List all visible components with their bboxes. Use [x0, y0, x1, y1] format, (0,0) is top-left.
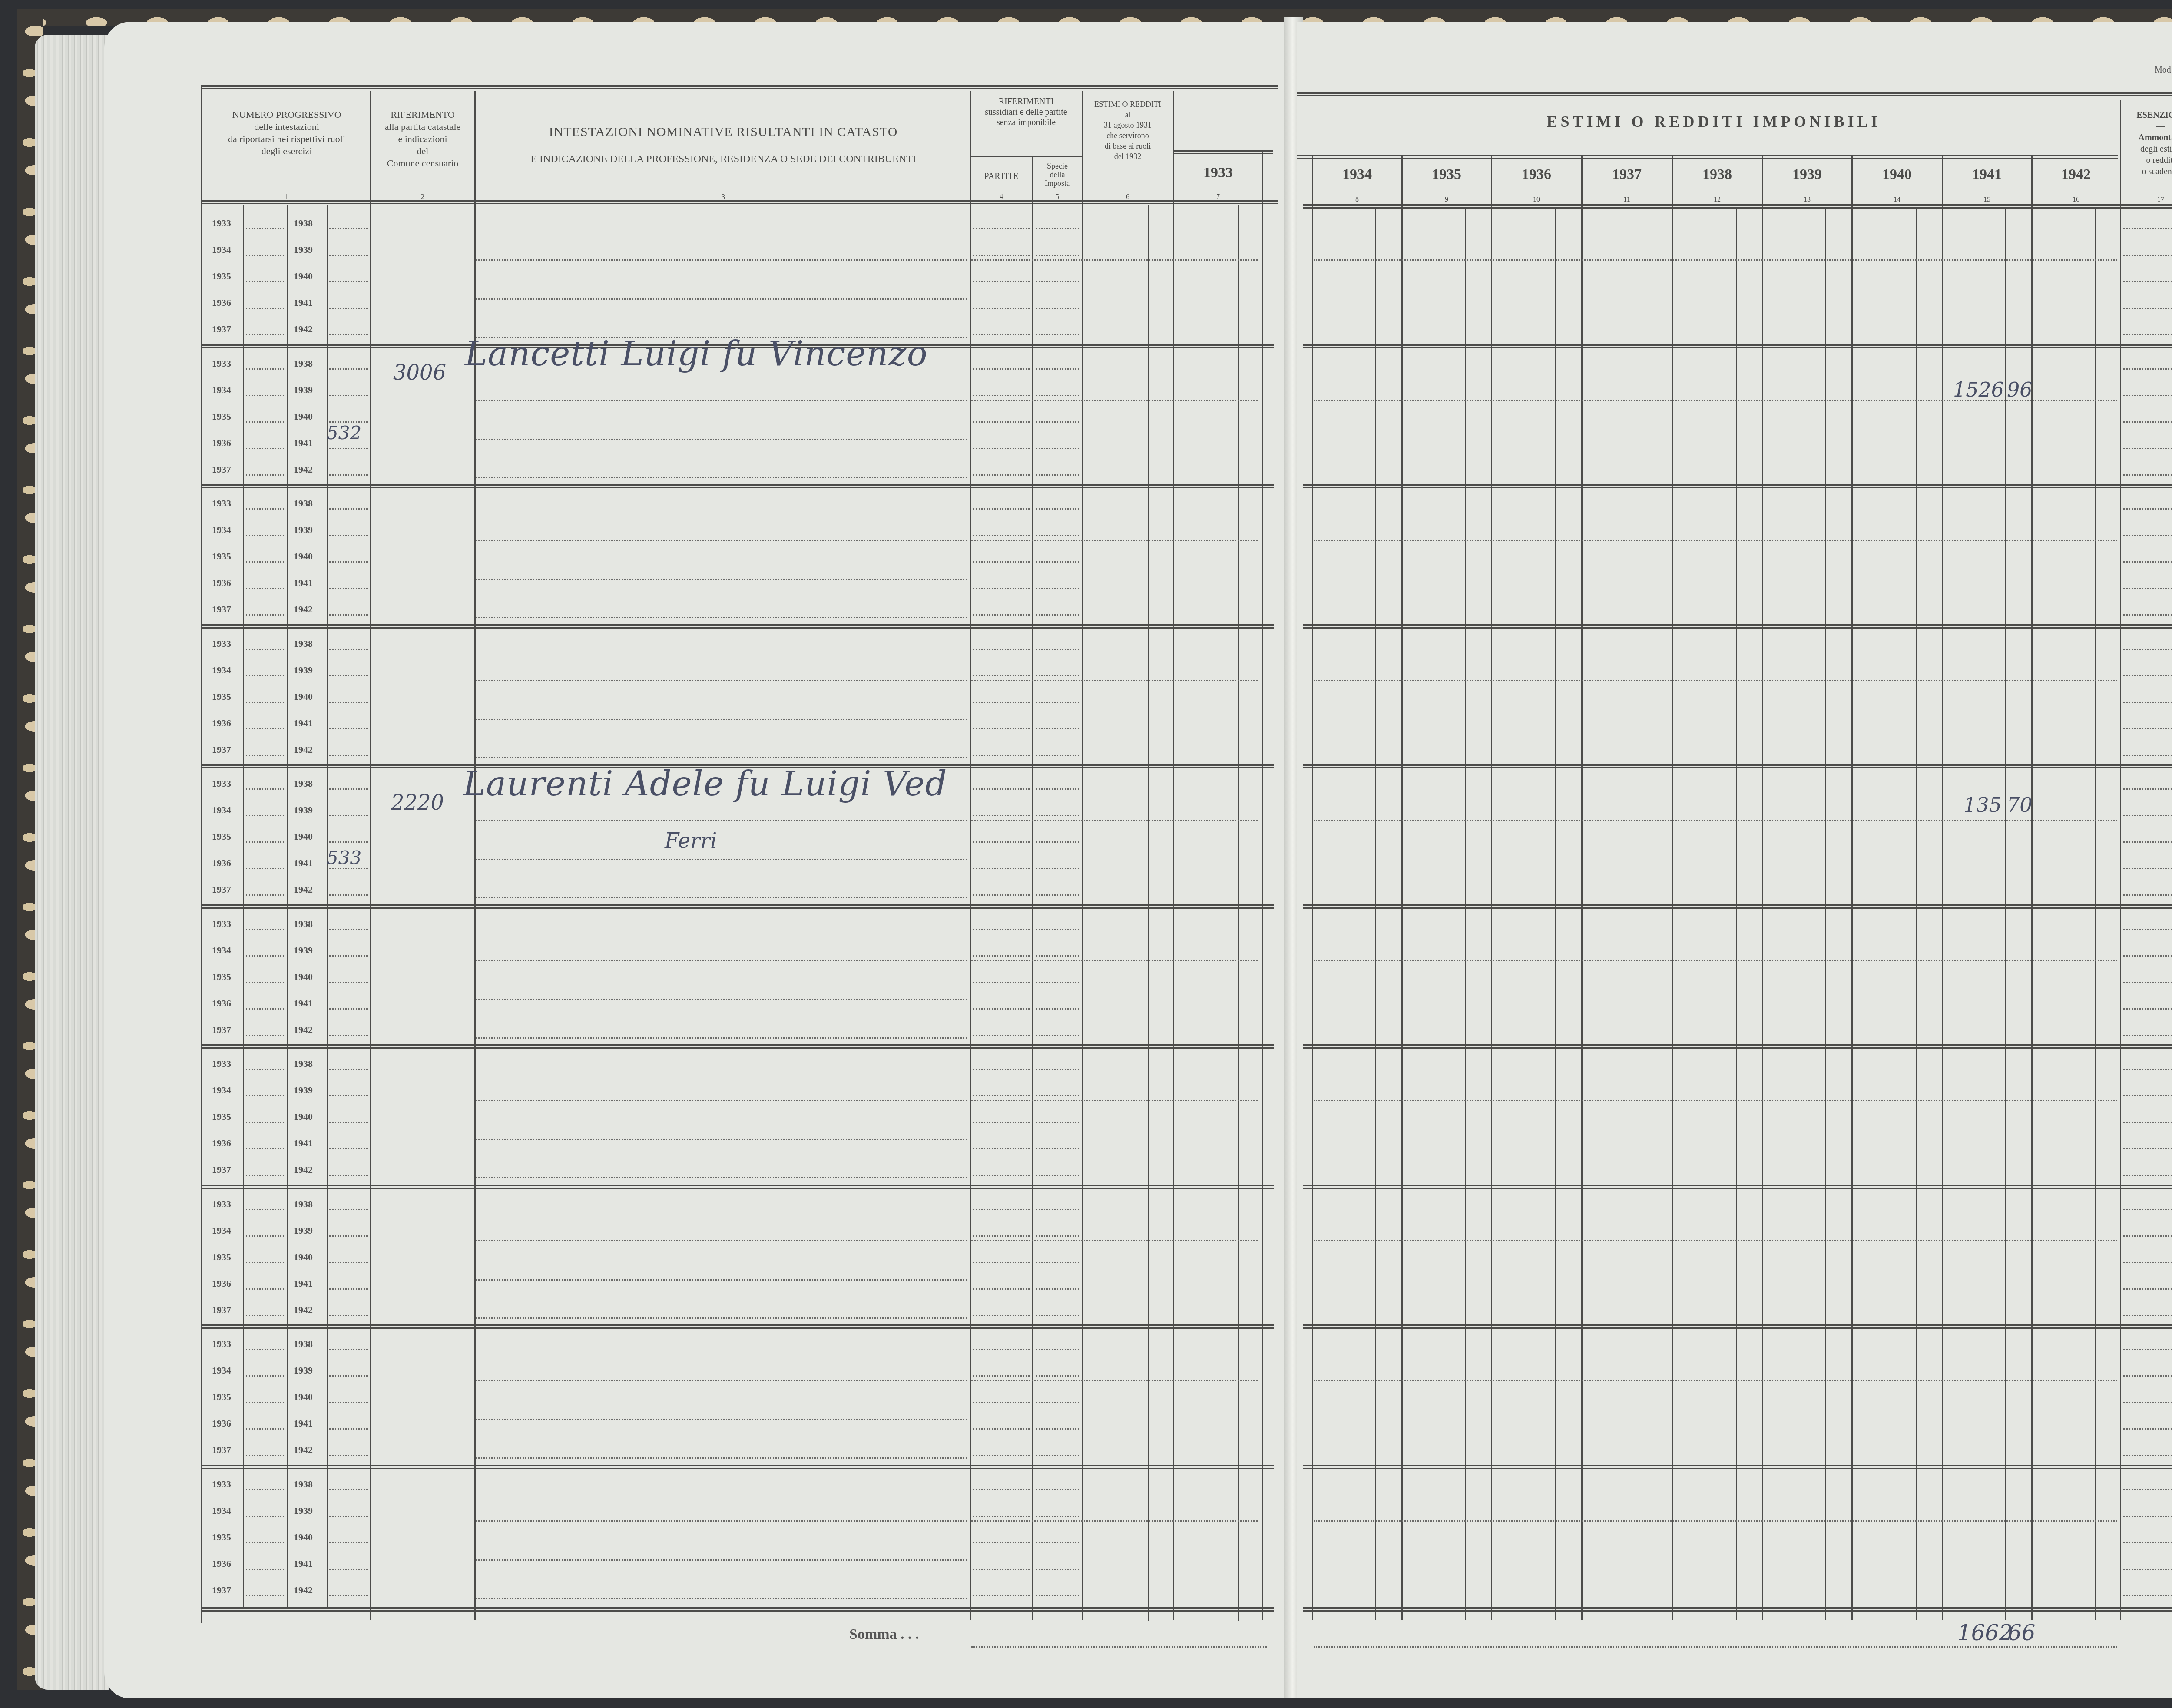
col-divider: [1032, 156, 1033, 1620]
entry-dotline: [971, 1520, 1258, 1522]
entry-dotline: [329, 955, 368, 957]
entry-dotline: [1036, 1315, 1079, 1316]
entry-dotline: [973, 1235, 1030, 1237]
year-label-left: 1934: [212, 524, 231, 536]
year-label-right: 1940: [294, 1391, 313, 1403]
entry-dotline: [973, 894, 1030, 896]
entry-dotline: [1036, 1516, 1079, 1517]
entry-dotline: [246, 448, 284, 449]
year-label-left: 1935: [212, 551, 231, 562]
entry-dotline: [476, 960, 967, 961]
entry-dotline: [476, 439, 967, 440]
esenzioni-header: ESENZIONI — Ammontare degli estimi o red…: [2122, 109, 2172, 177]
entry-dotline: [329, 228, 368, 229]
entry-dotline: [329, 308, 368, 309]
year-label-right: 1942: [294, 744, 313, 755]
year-label-right: 1939: [294, 1085, 313, 1096]
entry-dotline: [2123, 308, 2172, 309]
entry-dotline: [1036, 421, 1079, 423]
entry-dotline: [2123, 1569, 2172, 1570]
year-label-right: 1940: [294, 1251, 313, 1263]
year-col-divider: [1491, 156, 1492, 1620]
entry-dotline: [2123, 535, 2172, 536]
entry-dotline: [329, 508, 368, 510]
entry-dotline: [1036, 1069, 1079, 1070]
entry-dotline: [973, 815, 1030, 816]
entry-dotline: [246, 395, 284, 396]
entry-dotline: [329, 1428, 368, 1430]
year-label-left: 1936: [212, 437, 231, 449]
entry-dotline: [329, 1035, 368, 1036]
entry-dotline: [1036, 1569, 1079, 1570]
entry-dotline: [971, 680, 1258, 681]
entry-dotline: [2123, 815, 2172, 816]
entry-dotline: [2123, 728, 2172, 729]
year-label-right: 1942: [294, 1304, 313, 1316]
year-header-1941: 1941: [1943, 169, 2031, 181]
col7-header-1933: 1933: [1175, 167, 1261, 179]
col-number: 6: [1083, 191, 1172, 203]
progressive-number: 533: [327, 847, 361, 868]
block-separator: [1303, 1185, 2172, 1189]
block-separator: [1303, 344, 2172, 348]
entry-dotline: [476, 1100, 967, 1101]
entry-dotline: [973, 982, 1030, 983]
col3-header-line2: E INDICAZIONE DELLA PROFESSIONE, RESIDEN…: [478, 153, 969, 165]
entry-dotline: [476, 1139, 967, 1140]
entry-dotline: [476, 757, 967, 758]
year-label-left: 1936: [212, 857, 231, 869]
cent-divider: [1916, 209, 1917, 1620]
year-label-left: 1937: [212, 884, 231, 895]
block-separator: [201, 624, 1274, 629]
entry-dotline: [2123, 1402, 2172, 1403]
year-label-right: 1941: [294, 1558, 313, 1569]
entry-dotline: [2123, 561, 2172, 563]
entry-dotline: [1036, 255, 1079, 256]
esenzioni-divider: [2120, 100, 2121, 1620]
entry-dotline: [329, 815, 368, 816]
entry-dotline: [973, 1095, 1030, 1096]
year-label-right: 1939: [294, 384, 313, 396]
entry-dotline: [476, 298, 967, 300]
year-label-right: 1938: [294, 1338, 313, 1350]
progressive-number: 532: [327, 422, 361, 444]
entry-dotline: [2123, 508, 2172, 510]
entry-dotline: [329, 1489, 368, 1490]
col-number: 1: [204, 191, 369, 203]
col-divider: [474, 91, 476, 1620]
year-label-right: 1942: [294, 464, 313, 475]
entry-dotline: [2123, 1315, 2172, 1316]
entry-dotline: [1036, 334, 1079, 335]
col-number: 14: [1852, 194, 1942, 206]
year-label-right: 1940: [294, 1532, 313, 1543]
year-label-left: 1936: [212, 1138, 231, 1149]
entry-dotline: [2123, 982, 2172, 983]
entry-dotline: [973, 421, 1030, 423]
year-label-left: 1936: [212, 297, 231, 308]
entry-dotline: [329, 281, 368, 282]
year-label-left: 1933: [212, 778, 231, 789]
entry-dotline: [2123, 1349, 2172, 1350]
entry-dotline: [1036, 1402, 1079, 1403]
year-label-left: 1935: [212, 271, 231, 282]
sum-top-rule: [201, 1607, 1274, 1612]
entry-dotline: [476, 999, 967, 1000]
entry-dotline: [2123, 894, 2172, 896]
col-divider: [1082, 91, 1083, 1620]
cent-divider: [1646, 209, 1646, 1620]
entry-dotline: [973, 675, 1030, 676]
entry-dotline: [329, 588, 368, 589]
entry-dotline: [246, 982, 284, 983]
year-label-right: 1942: [294, 1585, 313, 1596]
entry-dotline: [973, 535, 1030, 536]
entry-dotline: [2123, 1235, 2172, 1237]
entry-dotline: [2123, 1095, 2172, 1096]
col2-header: RIFERIMENTO alla partita catastale e ind…: [372, 109, 473, 169]
year-label-left: 1934: [212, 244, 231, 255]
cent-divider: [2095, 209, 2096, 1620]
entry-dotline: [973, 334, 1030, 335]
sum-1941-lire: 1662: [1957, 1620, 2013, 1645]
year-label-left: 1934: [212, 1365, 231, 1376]
entry-dotline: [246, 755, 284, 756]
header-top-rule: [201, 85, 1278, 89]
entry-dotline: [1036, 614, 1079, 616]
cadastral-ref: 2220: [391, 791, 444, 815]
entry-dotline: [246, 1402, 284, 1403]
entry-dotline: [973, 508, 1030, 510]
entry-dotline: [2123, 281, 2172, 282]
entry-dotline: [329, 334, 368, 335]
year-label-left: 1935: [212, 1251, 231, 1263]
year-label-left: 1935: [212, 1111, 231, 1122]
entry-dotline: [246, 702, 284, 703]
entry-dotline: [973, 1008, 1030, 1010]
entry-dotline: [2123, 649, 2172, 650]
subheader-rule: [1173, 150, 1273, 154]
entry-dotline: [329, 1402, 368, 1403]
entry-dotline: [973, 1175, 1030, 1176]
year-col-divider: [1672, 156, 1673, 1620]
entry-dotline: [973, 1428, 1030, 1430]
entry-dotline: [476, 1317, 967, 1319]
entry-dotline: [1036, 649, 1079, 650]
year-label-left: 1933: [212, 218, 231, 229]
year-label-right: 1938: [294, 638, 313, 649]
year-label-left: 1935: [212, 411, 231, 422]
entry-dotline: [973, 728, 1030, 729]
entry-dotline: [1036, 1288, 1079, 1290]
entry-dotline: [1036, 929, 1079, 930]
year-label-right: 1942: [294, 604, 313, 615]
year-label-right: 1941: [294, 1278, 313, 1289]
year-label-right: 1939: [294, 945, 313, 956]
entry-dotline: [476, 1598, 967, 1599]
entry-dotline: [1036, 1489, 1079, 1490]
entry-dotline: [973, 1349, 1030, 1350]
entry-dotline: [1314, 1240, 2117, 1241]
sum-1941-cent: 66: [2008, 1620, 2036, 1645]
entry-dotline: [329, 448, 368, 449]
entry-dotline: [2123, 1288, 2172, 1290]
entry-dotline: [329, 649, 368, 650]
entry-dotline: [973, 561, 1030, 563]
entry-dotline: [246, 1349, 284, 1350]
block-separator: [1303, 904, 2172, 909]
year-label-left: 1935: [212, 1532, 231, 1543]
sum-dotline: [1314, 1646, 2117, 1648]
col-number: 5: [1034, 191, 1081, 203]
entry-dotline: [246, 1175, 284, 1176]
entry-dotline: [2123, 1455, 2172, 1456]
entry-dotline: [971, 259, 1258, 261]
entry-dotline: [476, 400, 967, 401]
entry-dotline: [246, 649, 284, 650]
entry-dotline: [1314, 259, 2117, 261]
year-label-right: 1942: [294, 324, 313, 335]
estimi-title: ESTIMI O REDDITI IMPONIBILI: [1312, 116, 2116, 128]
year-label-right: 1941: [294, 718, 313, 729]
entry-dotline: [329, 1095, 368, 1096]
block-separator: [1303, 1465, 2172, 1469]
entry-dotline: [476, 1520, 967, 1522]
col-number: 10: [1492, 194, 1581, 206]
entry-dotline: [2123, 788, 2172, 790]
entry-dotline: [973, 1148, 1030, 1149]
entry-dotline: [329, 1069, 368, 1070]
entry-dotline: [973, 702, 1030, 703]
block-separator: [1303, 764, 2172, 768]
entry-dotline: [246, 1262, 284, 1263]
entry-dotline: [246, 588, 284, 589]
entry-dotline: [2123, 1209, 2172, 1210]
entry-dotline: [1036, 1235, 1079, 1237]
year-header-1937: 1937: [1582, 169, 1672, 181]
entry-dotline: [329, 1455, 368, 1456]
col5-header: Specie della Imposta: [1034, 162, 1081, 188]
entry-dotline: [1036, 755, 1079, 756]
entry-dotline: [246, 1035, 284, 1036]
year-label-right: 1940: [294, 691, 313, 702]
year-label-right: 1939: [294, 1505, 313, 1516]
entry-dotline: [246, 228, 284, 229]
entry-dotline: [973, 868, 1030, 869]
entry-dotline: [1036, 1595, 1079, 1596]
entry-dotline: [246, 255, 284, 256]
entry-dotline: [1036, 982, 1079, 983]
entry-dotline: [246, 1008, 284, 1010]
entry-dotline: [1036, 448, 1079, 449]
entry-dotline: [246, 1375, 284, 1377]
entry-dotline: [1036, 868, 1079, 869]
entry-dotline: [2123, 868, 2172, 869]
entry-dotline: [971, 960, 1258, 961]
entry-dotline: [973, 788, 1030, 790]
entry-dotline: [973, 281, 1030, 282]
year-label-left: 1937: [212, 1304, 231, 1316]
entry-dotline: [329, 702, 368, 703]
entry-dotline: [329, 474, 368, 476]
entry-dotline: [476, 477, 967, 478]
year-label-right: 1938: [294, 1198, 313, 1210]
entry-dotline: [973, 614, 1030, 616]
entry-dotline: [1036, 1349, 1079, 1350]
entry-dotline: [1314, 1380, 2117, 1381]
entry-dotline: [246, 334, 284, 335]
cent-divider: [1555, 209, 1556, 1620]
entry-dotline: [246, 728, 284, 729]
col4-header: PARTITE: [971, 170, 1031, 182]
entry-dotline: [973, 588, 1030, 589]
entry-dotline: [1036, 1175, 1079, 1176]
entry-dotline: [329, 368, 368, 370]
entry-dotline: [2123, 1375, 2172, 1377]
year-label-right: 1941: [294, 1138, 313, 1149]
entry-dotline: [246, 1209, 284, 1210]
col-number: 15: [1943, 194, 2031, 206]
col-number: 4: [971, 191, 1031, 203]
sum-dotline: [971, 1646, 1267, 1648]
cent-divider: [2005, 209, 2006, 1620]
entry-dotline: [1036, 788, 1079, 790]
block-separator: [1303, 1044, 2172, 1049]
entry-dotline: [973, 1315, 1030, 1316]
block-separator: [201, 484, 1274, 488]
left-page: [104, 22, 1290, 1698]
entry-dotline: [476, 1279, 967, 1281]
entry-dotline: [329, 1209, 368, 1210]
entry-dotline: [246, 368, 284, 370]
year-label-right: 1938: [294, 918, 313, 930]
entry-dotline: [329, 929, 368, 930]
entry-dotline: [1314, 820, 2117, 821]
year-label-left: 1933: [212, 358, 231, 369]
entry-dotline: [2123, 1428, 2172, 1430]
entry-dotline: [1036, 728, 1079, 729]
entry-dotline: [2123, 1262, 2172, 1263]
year-label-left: 1934: [212, 665, 231, 676]
entry-dotline: [2123, 588, 2172, 589]
entry-dotline: [329, 1235, 368, 1237]
entry-dotline: [1314, 540, 2117, 541]
col-number: 11: [1582, 194, 1672, 206]
entry-dotline: [2123, 1516, 2172, 1517]
entry-dotline: [2123, 448, 2172, 449]
entry-dotline: [973, 1122, 1030, 1123]
right-page: [1297, 22, 2172, 1698]
subcol-divider: [1238, 205, 1239, 1621]
cent-divider: [1375, 209, 1376, 1620]
col-number: 9: [1402, 194, 1491, 206]
entry-dotline: [246, 474, 284, 476]
entry-dotline: [971, 400, 1258, 401]
entry-dotline: [329, 894, 368, 896]
entry-dotline: [476, 259, 967, 261]
entry-dotline: [329, 1288, 368, 1290]
col6-header: ESTIMI O REDDITI al 31 agosto 1931 che s…: [1083, 99, 1172, 162]
year-col-divider: [1762, 156, 1763, 1620]
entry-dotline: [973, 1375, 1030, 1377]
entry-dotline: [246, 1428, 284, 1430]
year-label-left: 1934: [212, 804, 231, 816]
entry-dotline: [246, 508, 284, 510]
entry-dotline: [2123, 1035, 2172, 1036]
entry-dotline: [1036, 1122, 1079, 1123]
year-label-left: 1934: [212, 1085, 231, 1096]
entry-dotline: [2123, 1122, 2172, 1123]
entry-dotline: [476, 1177, 967, 1178]
entry-dotline: [1036, 675, 1079, 676]
year-label-left: 1936: [212, 1558, 231, 1569]
year-label-left: 1936: [212, 998, 231, 1009]
entry-dotline: [2123, 702, 2172, 703]
entry-dotline: [973, 1209, 1030, 1210]
cent-divider: [1465, 209, 1466, 1620]
taxpayer-name: Laurenti Adele fu Luigi Ved: [463, 765, 947, 804]
entry-dotline: [973, 1542, 1030, 1543]
year-label-right: 1939: [294, 1365, 313, 1376]
entry-dotline: [246, 421, 284, 423]
year-label-right: 1941: [294, 577, 313, 589]
year-label-right: 1942: [294, 1164, 313, 1175]
entry-dotline: [1036, 955, 1079, 957]
entry-dotline: [1036, 702, 1079, 703]
year-label-right: 1938: [294, 1479, 313, 1490]
entry-dotline: [329, 614, 368, 616]
entry-dotline: [246, 868, 284, 869]
entry-dotline: [476, 1240, 967, 1241]
entry-dotline: [971, 540, 1258, 541]
entry-dotline: [1036, 228, 1079, 229]
left-frame-rule: [201, 85, 202, 1623]
entry-dotline: [973, 448, 1030, 449]
entry-dotline: [2123, 1595, 2172, 1596]
entry-dotline: [1036, 368, 1079, 370]
entry-dotline: [246, 1148, 284, 1149]
entry-dotline: [1036, 1148, 1079, 1149]
year-label-right: 1940: [294, 271, 313, 282]
entry-dotline: [1036, 894, 1079, 896]
entry-dotline: [329, 728, 368, 729]
entry-dotline: [1036, 1428, 1079, 1430]
cadastral-ref: 3006: [393, 361, 446, 385]
entry-dotline: [476, 540, 967, 541]
entry-dotline: [971, 1240, 1258, 1241]
year-label-right: 1942: [294, 1024, 313, 1036]
entry-dotline: [246, 1315, 284, 1316]
entry-dotline: [329, 788, 368, 790]
entry-dotline: [2123, 1175, 2172, 1176]
entry-dotline: [329, 1148, 368, 1149]
year-label-right: 1938: [294, 218, 313, 229]
entry-dotline: [329, 982, 368, 983]
entry-dotline: [973, 841, 1030, 843]
entry-dotline: [2123, 395, 2172, 396]
year-label-left: 1937: [212, 1164, 231, 1175]
year-label-right: 1941: [294, 1418, 313, 1429]
col1-header: NUMERO PROGRESSIVO delle intestazioni da…: [204, 109, 369, 157]
entry-dotline: [2123, 474, 2172, 476]
form-code: Mod. 111 - Imposte Dirette (Intercalare)…: [2155, 65, 2172, 75]
entry-dotline: [973, 308, 1030, 309]
year-label-left: 1937: [212, 324, 231, 335]
col-number: 3: [478, 191, 969, 203]
entry-dotline: [1314, 1520, 2117, 1522]
entry-dotline: [329, 1516, 368, 1517]
